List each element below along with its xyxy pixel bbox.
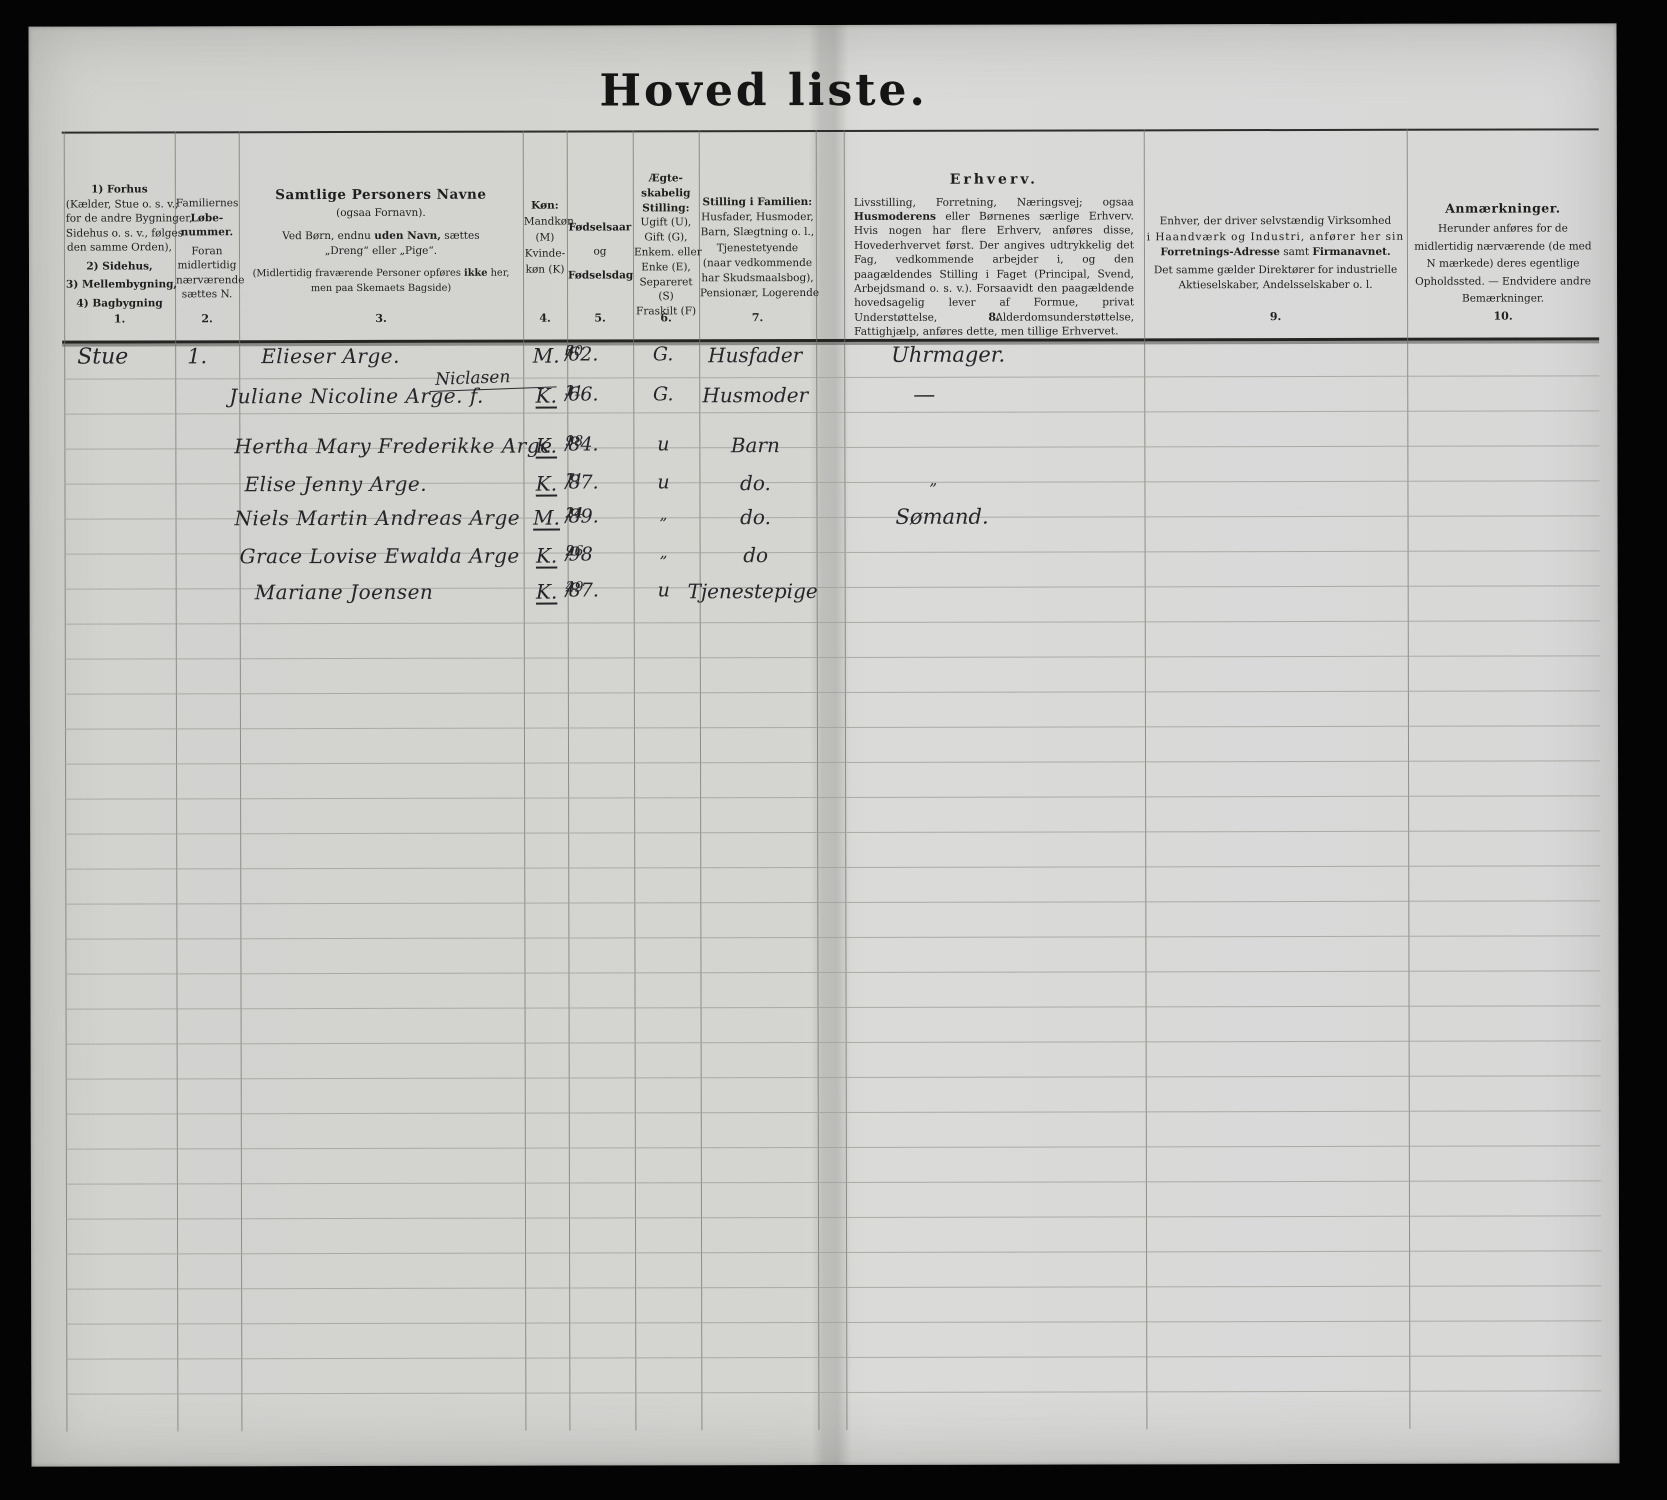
entry-sex: M.: [523, 344, 569, 368]
entry-occupation: Uhrmager.: [891, 343, 1005, 367]
header-building: 1) Forhus (Kælder, Stue o. s. v.; for de…: [66, 182, 173, 310]
entry-marital-status: u: [633, 433, 693, 455]
entry-family-position: Husmoder: [689, 383, 821, 407]
scanned-census-page: Hoved liste. 1) Forhus (Kælder, Stue o. …: [0, 0, 1667, 1500]
entry-sex: K.: [524, 580, 570, 604]
entry-name: Grace Lovise Ewalda Arge: [240, 544, 520, 569]
entry-name: Hertha Mary Frederikke Arge: [234, 434, 552, 459]
paper-sheet: Hoved liste. 1) Forhus (Kælder, Stue o. …: [28, 23, 1619, 1466]
entry-sex: K.: [524, 544, 570, 568]
entry-sex: K.: [523, 472, 569, 496]
column-number-6: 6.: [634, 311, 698, 324]
column-divider: [175, 131, 179, 1431]
column-divider: [633, 130, 637, 1430]
header-birth-date: Fødselsaar og Fødselsdag: [568, 215, 632, 287]
column-number-10: 10.: [1409, 309, 1597, 322]
column-number-5: 5.: [568, 311, 632, 324]
column-number-7: 7.: [700, 311, 815, 324]
column-divider: [567, 131, 571, 1431]
column-number-3: 3.: [241, 312, 521, 326]
entry-row: Elise Jenny Arge. K. 11/7.87. u do. „: [29, 469, 1617, 506]
entry-family-position: Barn: [689, 433, 821, 457]
entry-marital-status: „: [633, 505, 693, 523]
entry-name: Elieser Arge.: [261, 344, 400, 368]
column-number-8: 8.: [846, 310, 1142, 324]
entry-marital-status: G.: [633, 343, 693, 365]
entry-occupation: Sømand.: [895, 505, 988, 529]
entry-row: Hertha Mary Frederikke Arge K. 18/9.84. …: [29, 431, 1617, 468]
column-divider: [239, 131, 243, 1431]
entry-family-number: 1.: [187, 344, 207, 368]
column-number-9: 9.: [1146, 310, 1405, 324]
column-number-1: 1.: [66, 312, 173, 325]
header-family-number: Familiernes Løbe- nummer. Foran midlerti…: [176, 196, 238, 302]
header-names: Samtlige Personers Navne (ogsaa Fornavn)…: [241, 188, 521, 297]
entry-family-position: Husfader: [689, 343, 821, 367]
column-divider: [699, 130, 703, 1430]
entry-row: Niels Martin Andreas Arge M. 24/1189. „ …: [29, 503, 1617, 540]
entry-row: Stue 1. Elieser Arge. M. 30/662. G. Husf…: [29, 341, 1617, 378]
entry-family-position: do.: [689, 471, 821, 495]
entry-sex: K.: [523, 434, 569, 458]
entry-marital-status: „: [634, 543, 694, 561]
column-number-2: 2.: [176, 312, 238, 325]
entry-marital-status: u: [633, 471, 693, 493]
header-sex: Køn: Mandkøn (M) Kvinde- køn (K): [524, 198, 566, 278]
column-number-4: 4.: [524, 312, 566, 325]
header-family-position: Stilling i Familien: Husfader, Husmoder,…: [700, 195, 815, 302]
entry-name: Elise Jenny Arge.: [244, 472, 427, 496]
column-divider: [1407, 129, 1411, 1429]
entry-sex: M.: [523, 506, 569, 530]
entry-row: Juliane Nicoline Arge. f. Niclasen K. 3/…: [29, 381, 1617, 418]
entry-family-position: Tjenestepige: [678, 579, 828, 603]
table-left-border: [64, 132, 68, 1432]
header-remarks: Anmærkninger. Herunder anføres for de mi…: [1409, 199, 1597, 308]
entry-occupation: —: [913, 383, 937, 408]
header-marital-status: Ægte- skabelig Stilling: Ugift (U), Gift…: [634, 171, 698, 319]
entry-family-position: do.: [689, 505, 821, 529]
page-title: Hoved liste.: [504, 65, 1024, 117]
header-business-address: Enhver, der driver selvstændig Virksomhe…: [1146, 214, 1405, 295]
column-divider: [1144, 129, 1148, 1429]
entry-family-position: do: [690, 543, 822, 567]
entry-occupation: „: [929, 471, 937, 489]
entry-row: Grace Lovise Ewalda Arge K. 26/998 „ do: [30, 541, 1618, 578]
entry-location: Stue: [77, 344, 128, 369]
entry-sex: K.: [523, 384, 569, 408]
entry-row: Mariane Joensen K. 29/487. u Tjenestepig…: [30, 577, 1618, 614]
entry-name: Mariane Joensen: [255, 580, 434, 604]
entry-name: Niels Martin Andreas Arge: [234, 506, 520, 531]
column-divider: [523, 131, 527, 1431]
entry-marital-status: G.: [633, 383, 693, 405]
